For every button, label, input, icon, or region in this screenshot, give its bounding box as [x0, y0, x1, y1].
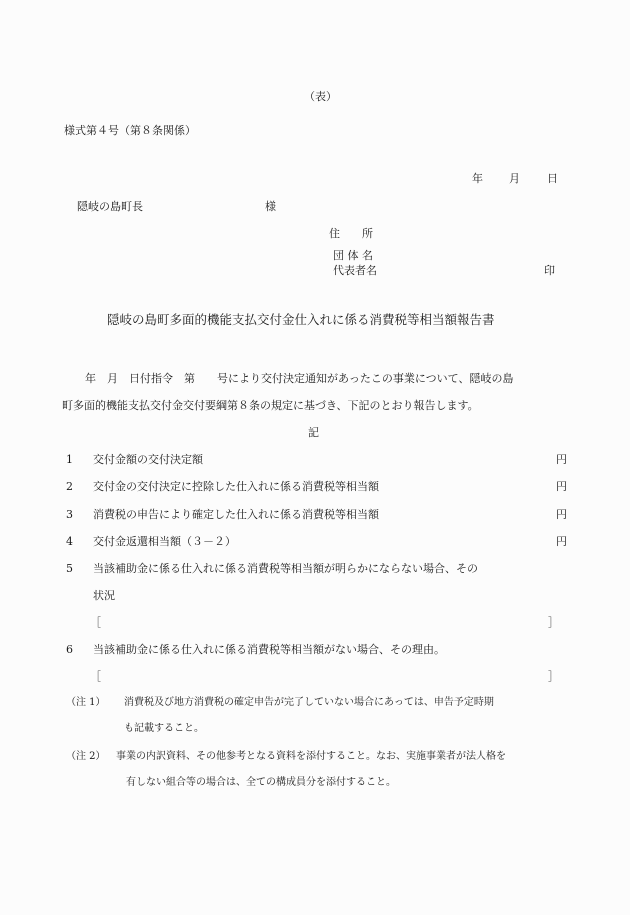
item-text: 交付金返還相当額（３－２） [93, 536, 236, 547]
item-unit: 円 [556, 454, 567, 465]
addressee-name: 隠岐の島町長 [77, 201, 143, 212]
note-line-2: も記載すること。 [124, 724, 204, 734]
item-number: 5 [66, 563, 73, 574]
bracket-open: ［ [90, 671, 101, 682]
side-label: （表） [304, 91, 337, 102]
item-unit: 円 [556, 481, 567, 492]
item-number: 3 [66, 509, 73, 520]
item-number: 1 [66, 454, 73, 465]
item-unit: 円 [556, 509, 567, 520]
body-line-2: 町多面的機能支払交付金交付要綱第８条の規定に基づき、下記のとおり報告します。 [62, 400, 479, 411]
seal-mark: 印 [544, 265, 555, 276]
bracket-close: ］ [548, 671, 559, 682]
item-text: 消費税の申告により確定した仕入れに係る消費税等相当額 [93, 509, 379, 520]
item-text: 当該補助金に係る仕入れに係る消費税等相当額がない場合、その理由。 [93, 644, 445, 655]
date-day: 日 [547, 173, 558, 184]
date-month: 月 [509, 173, 520, 184]
item-number: 6 [66, 644, 73, 655]
item-text: 当該補助金に係る仕入れに係る消費税等相当額が明らかにならない場合、その [93, 563, 478, 574]
bracket-close: ］ [548, 617, 559, 628]
document-title: 隠岐の島町多面的機能支払交付金仕入れに係る消費税等相当額報告書 [107, 314, 495, 327]
addressee-honorific: 様 [265, 201, 276, 212]
note-label: （注 2） [66, 752, 106, 762]
note-line-1: 消費税及び地方消費税の確定申告が完了していない場合にあっては、申告予定時期 [124, 698, 494, 708]
note-label: （注 1） [66, 698, 106, 708]
representative-label: 代表者名 [333, 265, 377, 276]
item-number: 2 [66, 481, 73, 492]
date-year: 年 [472, 173, 483, 184]
address-label: 住 所 [329, 228, 373, 239]
item-unit: 円 [556, 536, 567, 547]
item-text: 交付金の交付決定に控除した仕入れに係る消費税等相当額 [93, 481, 379, 492]
body-line-1: 年 月 日付指令 第 号により交付決定通知があったこの事業について、隠岐の島 [85, 373, 513, 384]
organization-label: 団 体 名 [333, 250, 373, 261]
form-number: 様式第４号（第８条関係） [64, 125, 196, 136]
ki-label: 記 [308, 427, 319, 438]
bracket-open: ［ [90, 617, 101, 628]
note-line-2: 有しない組合等の場合は、全ての構成員分を添付すること。 [126, 778, 396, 788]
item-text: 交付金額の交付決定額 [93, 454, 203, 465]
item-text-continued: 状況 [93, 590, 115, 601]
item-number: 4 [66, 536, 73, 547]
note-line-1: 事業の内訳資料、その他参考となる資料を添付すること。なお、実施事業者が法人格を [116, 752, 506, 762]
